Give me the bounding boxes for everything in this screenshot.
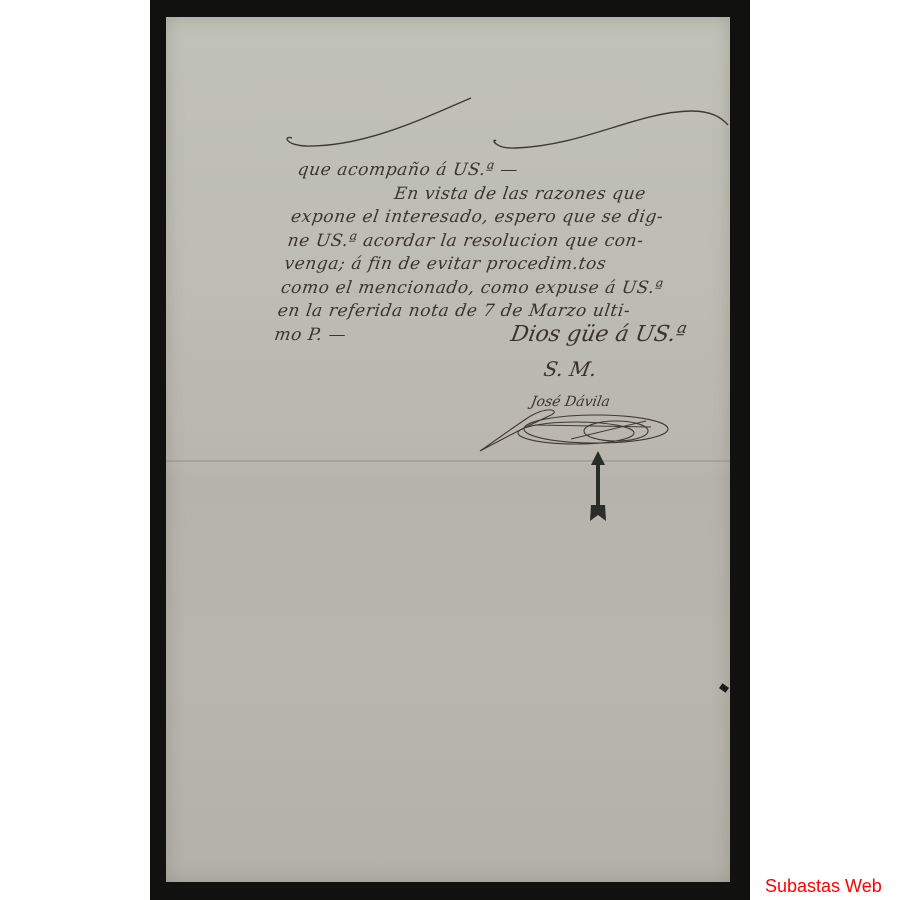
signature-rubric-icon: [476, 407, 676, 457]
body-line: En vista de las razones que: [293, 183, 706, 207]
body-line: que acompaño á US.ª —: [296, 159, 709, 183]
arrow-up-icon: [586, 449, 610, 524]
watermark-logo: Subastas Web: [765, 876, 882, 897]
document-page: que acompaño á US.ª — En vista de las ra…: [166, 17, 730, 882]
closing-salutation: Dios güe á US.ª: [509, 322, 688, 347]
body-line: como el mencionado, como expuse á US.ª: [279, 277, 692, 301]
body-line: en la referida nota de 7 de Marzo ulti-: [276, 300, 689, 324]
body-line: ne US.ª acordar la resolucion que con-: [286, 230, 699, 254]
closing-initials: S. M.: [542, 357, 599, 381]
body-line: expone el interesado, espero que se dig-: [289, 206, 702, 230]
body-line: venga; á fin de evitar procedim.tos: [283, 253, 696, 277]
letter-body: que acompaño á US.ª — En vista de las ra…: [273, 159, 709, 347]
